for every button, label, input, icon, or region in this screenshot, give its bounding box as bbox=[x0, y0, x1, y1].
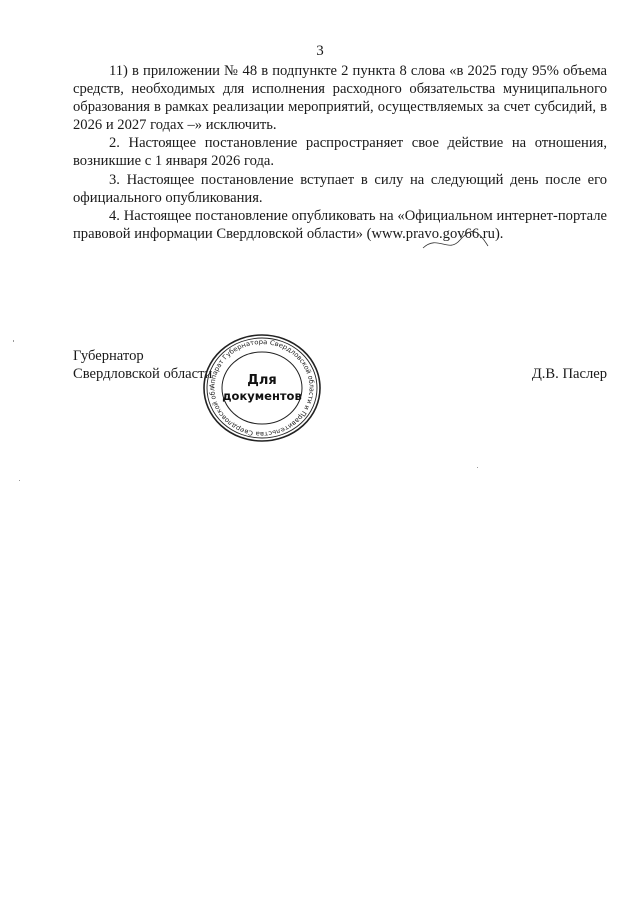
scan-speck bbox=[477, 467, 478, 468]
signatory-name: Д.В. Паслер bbox=[532, 365, 607, 383]
document-body: 11) в приложении № 48 в подпункте 2 пунк… bbox=[73, 62, 607, 243]
paragraph-3: 3. Настоящее постановление вступает в си… bbox=[73, 171, 607, 207]
scan-speck bbox=[13, 340, 14, 342]
stamp-center-line2: документов bbox=[222, 389, 301, 403]
scan-speck bbox=[19, 480, 20, 481]
page-number: 3 bbox=[0, 42, 640, 60]
signatory-position-line2: Свердловской области bbox=[73, 365, 212, 383]
signatory-position: Губернатор Свердловской области bbox=[73, 347, 212, 383]
official-stamp: Аппарат Губернатора Свердловской области… bbox=[201, 332, 323, 444]
signatory-position-line1: Губернатор bbox=[73, 347, 212, 365]
stamp-seal-icon: Аппарат Губернатора Свердловской области… bbox=[201, 332, 323, 444]
paragraph-4: 4. Настоящее постановление опубликовать … bbox=[73, 207, 607, 243]
stamp-center-line1: Для bbox=[247, 373, 276, 388]
paragraph-2: 2. Настоящее постановление распространяе… bbox=[73, 134, 607, 170]
paragraph-item-11: 11) в приложении № 48 в подпункте 2 пунк… bbox=[73, 62, 607, 134]
